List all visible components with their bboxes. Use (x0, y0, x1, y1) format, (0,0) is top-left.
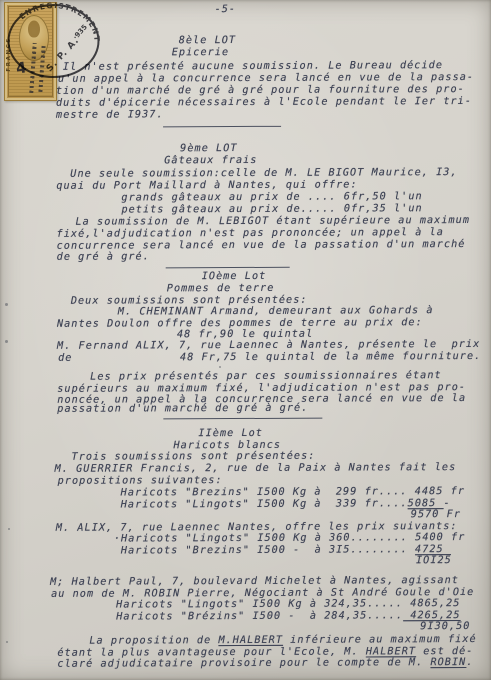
lot9-subtitle: Gâteaux frais (164, 155, 257, 166)
typed-text-layer: -5-8èle LOTEpicerieIl n'est présenté auc… (0, 0, 491, 680)
section-rule (166, 267, 290, 269)
section-rule (163, 418, 322, 420)
text-line: M. CHEMINANT Armand, demeurant aux Gohar… (118, 305, 434, 317)
paper-speck (8, 528, 10, 530)
text-line: de gré à gré. (57, 251, 150, 262)
text-line: La proposition de M.HALBERT inférieure a… (89, 634, 476, 647)
text-line: de 48 Fr,75 le quintal de la même fourni… (58, 351, 481, 364)
paper-speck (6, 641, 8, 643)
lot10-title: IOème Lot (202, 271, 267, 282)
postmark-office-text: S. P. A. (45, 36, 82, 74)
text-line: grands gâteaux au prix de .... 6fr,50 l'… (121, 191, 422, 203)
lot9-title: 9ème LOT (180, 143, 237, 154)
postmark-arc-text: ENREGISTREMENT (18, 1, 102, 43)
text-line: 48 fr,90 le quintal (177, 329, 313, 341)
text-line: Haricots "Brezins" I500 - à 3I5........ … (121, 544, 451, 556)
text-line: Haricots "Lingots" I500 Kg à 324,35.....… (116, 598, 460, 611)
text-line: Haricots "Brézins" I500 - à 284,35..... … (116, 610, 460, 623)
lot11-subtitle: Haricots blancs (173, 440, 281, 451)
lot11-title: IIème Lot (198, 428, 263, 439)
text-line: ·Haricots "Lingots" I500 Kg à 360.......… (114, 532, 466, 545)
text-line: 9570 Fr (411, 509, 461, 520)
svg-text:ENREGISTREMENT: ENREGISTREMENT (18, 1, 102, 43)
text-line: M; Halbert Paul, 7, boulevard Michelet à… (50, 575, 459, 588)
text-line: fixé,l'adjudication n'est pas prononcée;… (57, 227, 444, 240)
text-line: Nantes Doulon offre des pommes de terre … (57, 317, 423, 330)
text-line: claré adjudicataire provisoire pour le c… (57, 657, 473, 670)
text-line: IOI25 (416, 555, 452, 566)
text-line: concurrence sera lancé en vue de la pass… (57, 239, 466, 252)
section-rule (163, 126, 281, 128)
text-line: 9I30,50 (420, 621, 470, 632)
lot10-subtitle: Pommes de terre (167, 283, 275, 294)
text-line: Les prix présentés par ces soumissionnai… (90, 370, 442, 383)
text-line: passation d'un marché de gré à gré. (57, 403, 308, 415)
paper-speck (5, 340, 8, 343)
page-number: -5- (215, 4, 237, 15)
lot8-title: 8èle LOT (179, 35, 236, 46)
document-page: -5-8èle LOTEpicerieIl n'est présenté auc… (0, 0, 491, 680)
postmark-stamp: ENREGISTREMENT ·935 S. P. A. (0, 0, 124, 94)
text-line: petits gâteaux au prix de..... 0fr,35 l'… (121, 203, 422, 215)
text-line: Haricots "Lingots" I500 Kg à 339 fr....5… (121, 498, 451, 510)
text-line: propositions suivantes: (58, 475, 223, 487)
paper-speck (219, 366, 221, 368)
text-line: mestre de I937. (56, 109, 164, 120)
text-line: La soumission de M. LEBIGOT étant supéri… (75, 215, 470, 228)
text-line: M. Fernand ALIX, 7, rue Laennec à Nantes… (57, 339, 480, 352)
text-line: Trois soumissions sont présentées: (71, 451, 315, 463)
text-line: Une seule soumission:celle de M. LE BIGO… (70, 167, 457, 180)
lot8-subtitle: Epicerie (172, 47, 229, 58)
text-line: quai du Port Maillard à Nantes, qui offr… (56, 179, 357, 191)
paper-speck (5, 303, 8, 306)
text-line: duits d'épicerie nécessaires à l'Ecole p… (56, 96, 472, 109)
text-line: Haricots "Brezins" I500 Kg à 299 fr.... … (121, 486, 465, 499)
text-line: M. GUERRIER Francis, 2, rue de la Paix à… (55, 462, 457, 475)
